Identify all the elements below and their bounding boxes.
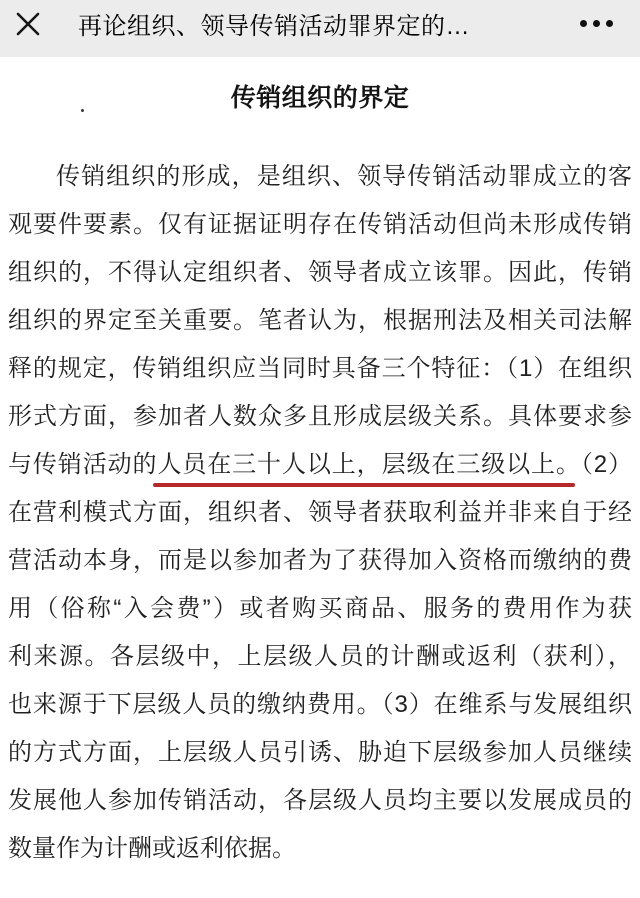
more-button[interactable] bbox=[580, 16, 613, 31]
ink-speck bbox=[81, 109, 84, 112]
text-segment: （2） bbox=[581, 451, 632, 478]
text-line: 的方式方面，上层级人员引诱、胁迫下层级参加人员继续 bbox=[8, 729, 632, 777]
text-segment: 与传销活动的 bbox=[8, 451, 157, 478]
text-line: 用（俗称“入会费”）或者购买商品、服务的费用作为获 bbox=[8, 585, 632, 633]
text-line: 观要件要素。仅有证据证明存在传销活动但尚未形成传销 bbox=[8, 201, 632, 249]
text-line: 发展他人参加传销活动，各层级人员均主要以发展成员的 bbox=[8, 777, 632, 825]
titlebar: 再论组织、领导传销活动罪界定的… bbox=[0, 0, 640, 57]
text-line: 数量作为计酬或返利依据。 bbox=[8, 825, 632, 873]
text-line: 传销组织的形成，是组织、领导传销活动罪成立的客 bbox=[8, 153, 632, 201]
text-line: 释的规定，传销组织应当同时具备三个特征：（1）在组织 bbox=[8, 345, 632, 393]
article-heading: 传销组织的界定 bbox=[0, 74, 640, 122]
text-line: 也来源于下层级人员的缴纳费用。（3）在维系与发展组织 bbox=[8, 681, 632, 729]
more-icon bbox=[580, 20, 613, 27]
page-title: 再论组织、领导传销活动罪界定的… bbox=[78, 6, 580, 41]
text-line: 营活动本身，而是以参加者为了获得加入资格而缴纳的费 bbox=[8, 537, 632, 585]
highlighted-phrase: 人员在三十人以上，层级在三级以上。 bbox=[157, 451, 580, 478]
app-screen: 再论组织、领导传销活动罪界定的… 传销组织的界定 传销组织的形成，是组织、领导传… bbox=[0, 0, 640, 898]
text-line: 组织的界定至关重要。笔者认为，根据刑法及相关司法解 bbox=[8, 297, 632, 345]
text-line: 利来源。各层级中，上层级人员的计酬或返利（获利）， bbox=[8, 633, 632, 681]
close-icon bbox=[15, 11, 41, 37]
text-line: 形式方面，参加者人数众多且形成层级关系。具体要求参 bbox=[8, 393, 632, 441]
text-line: 在营利模式方面，组织者、领导者获取利益并非来自于经 bbox=[8, 489, 632, 537]
text-line: 组织的，不得认定组织者、领导者成立该罪。因此，传销 bbox=[8, 249, 632, 297]
text-line-with-highlight: 与传销活动的人员在三十人以上，层级在三级以上。（2） bbox=[8, 441, 632, 489]
close-button[interactable] bbox=[10, 6, 46, 42]
article-body: 传销组织的界定 传销组织的形成，是组织、领导传销活动罪成立的客 观要件要素。仅有… bbox=[0, 74, 640, 873]
article-paragraph: 传销组织的形成，是组织、领导传销活动罪成立的客 观要件要素。仅有证据证明存在传销… bbox=[0, 153, 640, 873]
